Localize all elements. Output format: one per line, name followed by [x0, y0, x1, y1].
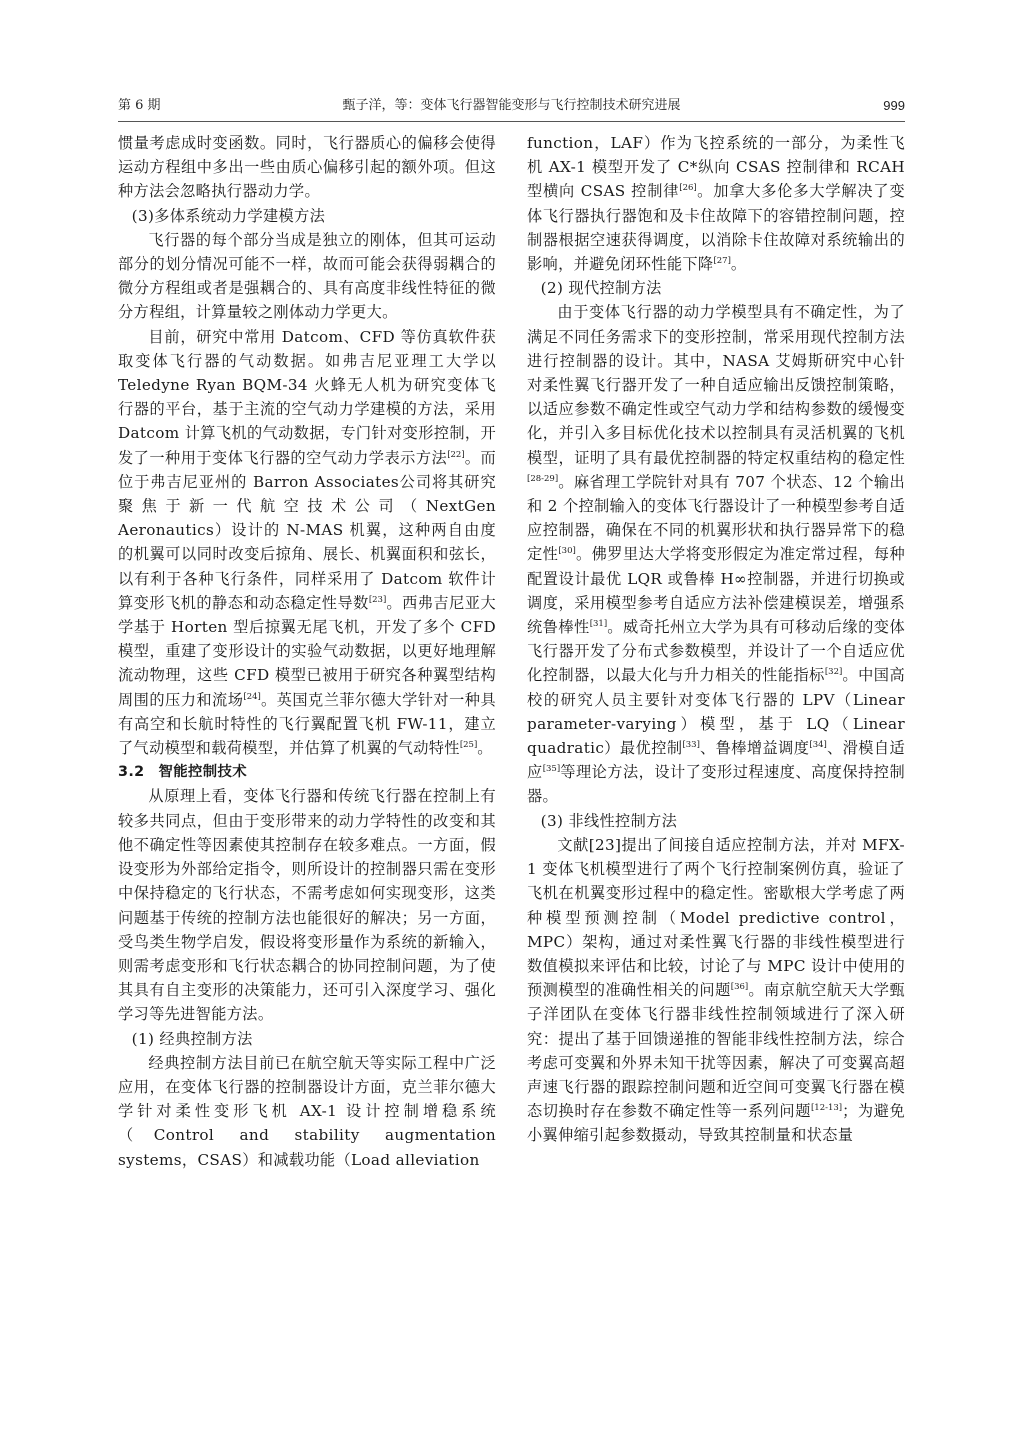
text-run: 、鲁棒增益调度 — [700, 739, 810, 757]
paragraph: 惯量考虑成时变函数。同时，飞行器质心的偏移会使得运动方程组中多出一些由质心偏移引… — [118, 131, 496, 204]
paragraph: 从原理上看，变体飞行器和传统飞行器在控制上有较多共同点，但由于变形带来的动力学特… — [118, 784, 496, 1026]
citation: [24] — [243, 692, 260, 702]
right-column: function，LAF）作为飞控系统的一部分，为柔性飞机 AX-1 模型开发了… — [527, 131, 905, 1148]
citation: [30] — [558, 546, 575, 556]
paragraph: 飞行器的每个部分当成是独立的刚体，但其可运动部分的划分情况可能不一样，故而可能会… — [118, 228, 496, 325]
running-head: 第 6 期 甄子洋，等：变体飞行器智能变形与飞行控制技术研究进展 999 — [118, 96, 905, 116]
section-title: 智能控制技术 — [159, 764, 247, 780]
text-run: 目前，研究中常用 Datcom、CFD 等仿真软件获取变体飞行器的气动数据。如弗… — [118, 328, 496, 467]
header-rule — [118, 121, 905, 122]
citation: [31] — [590, 619, 607, 629]
left-column: 惯量考虑成时变函数。同时，飞行器质心的偏移会使得运动方程组中多出一些由质心偏移引… — [118, 131, 496, 1172]
citation: [34] — [809, 740, 826, 750]
citation: [12-13] — [811, 1103, 842, 1113]
paragraph: 由于变体飞行器的动力学模型具有不确定性，为了满足不同任务需求下的变形控制，常采用… — [527, 300, 905, 808]
citation: [32] — [825, 667, 842, 677]
text-run: 。而位于弗吉尼亚州的 Barron Associates公司将其研究聚焦于新一代… — [118, 449, 496, 612]
text-run: 。南京航空航天大学甄子洋团队在变体飞行器非线性控制领域进行了深入研究：提出了基于… — [527, 981, 905, 1120]
text-run: 等理论方法，设计了变形过程速度、高度保持控制器。 — [527, 763, 905, 805]
section-number: 3.2 — [118, 764, 145, 780]
paragraph: 目前，研究中常用 Datcom、CFD 等仿真软件获取变体飞行器的气动数据。如弗… — [118, 325, 496, 761]
citation: [27] — [713, 256, 730, 266]
page-number: 999 — [883, 96, 905, 116]
text-run: 由于变体飞行器的动力学模型具有不确定性，为了满足不同任务需求下的变形控制，常采用… — [527, 303, 905, 466]
text-run: 。 — [731, 255, 747, 273]
citation: [36] — [731, 982, 748, 992]
citation: [28-29] — [527, 474, 558, 484]
subsection-heading-classical: (1) 经典控制方法 — [118, 1027, 496, 1051]
text-run: 。 — [477, 739, 493, 757]
running-title: 甄子洋，等：变体飞行器智能变形与飞行控制技术研究进展 — [118, 96, 905, 116]
paragraph: 经典控制方法目前已在航空航天等实际工程中广泛应用，在变体飞行器的控制器设计方面，… — [118, 1051, 496, 1172]
section-heading-3-2: 3.2智能控制技术 — [118, 760, 496, 784]
citation: [35] — [543, 764, 560, 774]
citation: [33] — [682, 740, 699, 750]
subsection-heading-modern: (2) 现代控制方法 — [527, 276, 905, 300]
citation: [25] — [460, 740, 477, 750]
subsection-heading-multibody: (3)多体系统动力学建模方法 — [118, 204, 496, 228]
citation: [23] — [369, 595, 386, 605]
subsection-heading-nonlinear: (3) 非线性控制方法 — [527, 809, 905, 833]
paragraph: function，LAF）作为飞控系统的一部分，为柔性飞机 AX-1 模型开发了… — [527, 131, 905, 276]
text-run: 文献[23]提出了间接自适应控制方法，并对 MFX-1 变体飞机模型进行了两个飞… — [527, 836, 905, 999]
citation: [26] — [679, 183, 696, 193]
citation: [22] — [447, 450, 464, 460]
paragraph: 文献[23]提出了间接自适应控制方法，并对 MFX-1 变体飞机模型进行了两个飞… — [527, 833, 905, 1148]
